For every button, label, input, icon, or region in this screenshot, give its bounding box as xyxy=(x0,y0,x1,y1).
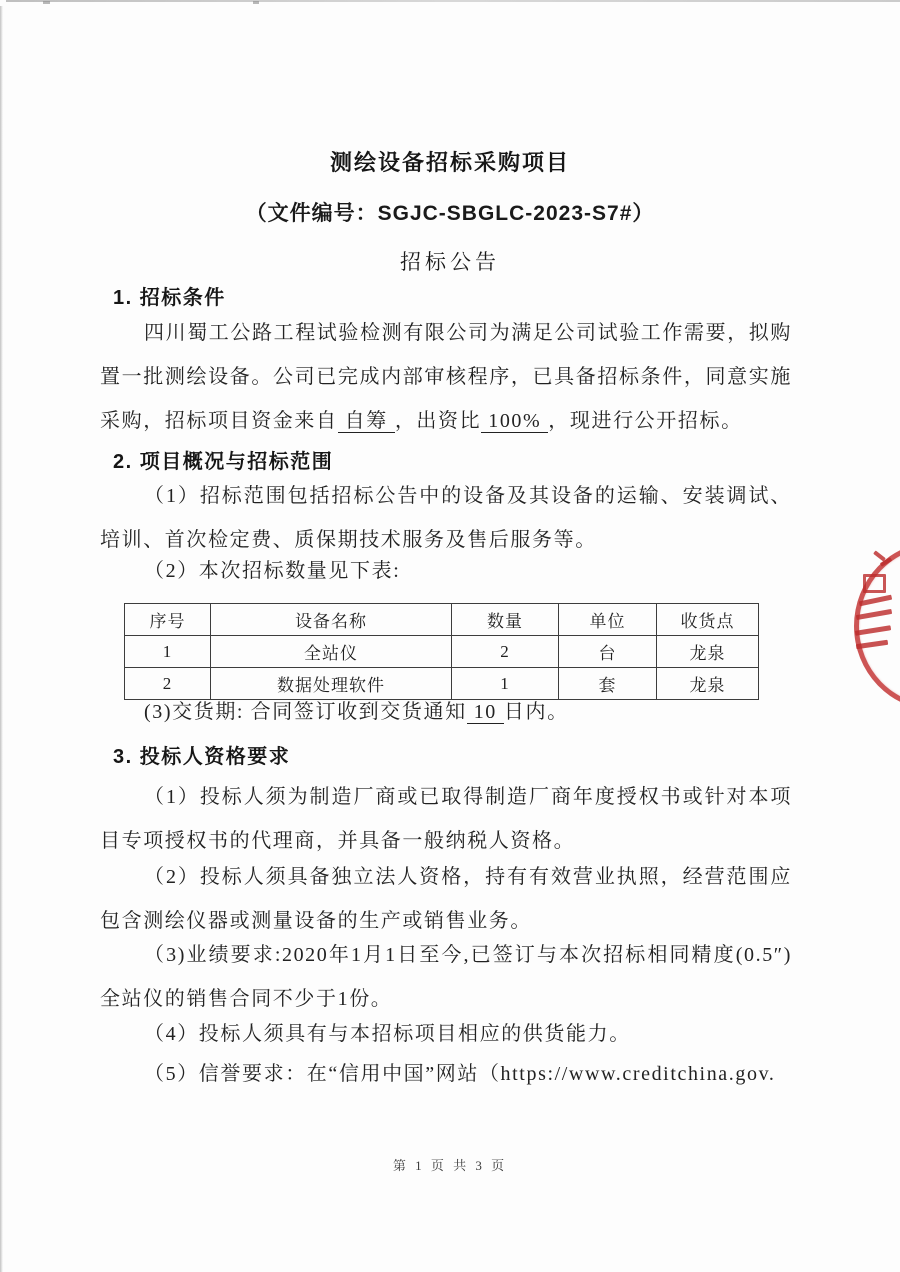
table-cell: 1 xyxy=(125,636,211,668)
table-header-cell: 序号 xyxy=(125,604,211,636)
text-run: ，现进行公开招标。 xyxy=(548,410,742,432)
section-3-item-1: （1）投标人须为制造厂商或已取得制造厂商年度授权书或针对本项目专项授权书的代理商… xyxy=(100,775,792,863)
text-run: 日内。 xyxy=(504,701,569,723)
seal-glyph-bar xyxy=(856,609,892,620)
table-cell: 全站仪 xyxy=(211,636,452,668)
text-run: (3)交货期: 合同签订收到交货通知 xyxy=(144,701,467,723)
table-header-cell: 单位 xyxy=(559,604,657,636)
page-number: 第 1 页 共 3 页 xyxy=(0,1155,900,1174)
section-2-item-3: (3)交货期: 合同签订收到交货通知10日内。 xyxy=(100,690,792,734)
scan-left-edge-shadow xyxy=(0,6,3,1272)
scan-edge-artifact xyxy=(6,0,900,2)
document-page: 测绘设备招标采购项目 （文件编号：SGJC-SBGLC-2023-S7#） 招标… xyxy=(0,0,900,1272)
section-3-item-4: （4）投标人须具有与本招标项目相应的供货能力。 xyxy=(100,1012,792,1056)
table-header-cell: 数量 xyxy=(452,604,559,636)
section-1-heading: 1. 招标条件 xyxy=(113,286,226,310)
underlined-blank-value: 100% xyxy=(481,410,548,433)
seal-glyph-block xyxy=(863,574,886,593)
table-row: 1全站仪2台龙泉 xyxy=(125,636,759,668)
section-3-item-5: （5）信誉要求：在“信用中国”网站（https://www.creditchin… xyxy=(100,1052,792,1096)
table-cell: 台 xyxy=(559,636,657,668)
table-header-row: 序号设备名称数量单位收货点 xyxy=(125,604,759,636)
seal-glyph-bar xyxy=(856,640,888,649)
document-number: （文件编号：SGJC-SBGLC-2023-S7#） xyxy=(0,197,900,227)
text-run: ，出资比 xyxy=(395,410,481,432)
table-header-cell: 收货点 xyxy=(657,604,759,636)
seal-glyph-bar xyxy=(859,595,892,607)
scan-speck xyxy=(253,1,259,4)
scan-speck xyxy=(43,1,50,4)
company-seal xyxy=(840,536,900,718)
equipment-table: 序号设备名称数量单位收货点 1全站仪2台龙泉2数据处理软件1套龙泉 xyxy=(124,603,759,700)
seal-glyph-stroke xyxy=(880,557,892,566)
section-2-heading: 2. 项目概况与招标范围 xyxy=(113,450,333,474)
table-header-cell: 设备名称 xyxy=(211,604,452,636)
section-3-item-2: （2）投标人须具备独立法人资格，持有有效营业执照，经营范围应包含测绘仪器或测量设… xyxy=(100,855,792,943)
seal-glyph-bar xyxy=(855,625,891,636)
seal-ring xyxy=(854,542,900,710)
announcement-heading: 招标公告 xyxy=(0,246,900,276)
section-2-item-2: （2）本次招标数量见下表: xyxy=(100,549,792,593)
section-3-item-3: （3)业绩要求:2020年1月1日至今,已签订与本次招标相同精度(0.5″)全站… xyxy=(100,933,792,1021)
section-1-paragraph: 四川蜀工公路工程试验检测有限公司为满足公司试验工作需要，拟购置一批测绘设备。公司… xyxy=(100,311,792,443)
table-cell: 龙泉 xyxy=(657,636,759,668)
seal-glyph-stroke xyxy=(873,550,886,561)
table-cell: 2 xyxy=(452,636,559,668)
underlined-blank-value: 自筹 xyxy=(338,410,395,433)
section-3-heading: 3. 投标人资格要求 xyxy=(113,745,290,769)
document-title: 测绘设备招标采购项目 xyxy=(0,146,900,177)
underlined-blank-value: 10 xyxy=(467,701,504,724)
